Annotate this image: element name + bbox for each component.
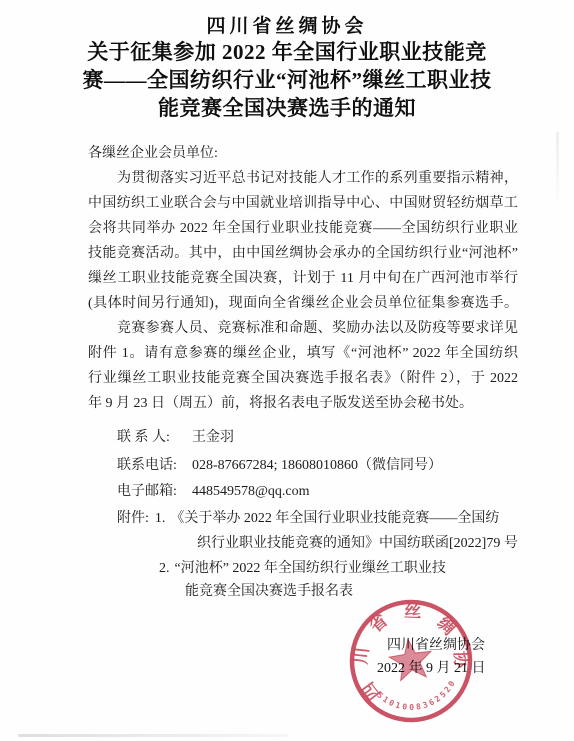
attachment-2-title-line1: “河池杯” 2022 年全国纺织行业缫丝工职业技 <box>175 561 446 576</box>
title-line-1: 关于征集参加 2022 年全国行业职业技能竞 <box>0 38 574 66</box>
para1-line-1: 为贯彻落实习近平总书记对技能人才工作的系列重要指示精神， <box>88 169 518 189</box>
attachment-1-title-line2: 织行业职业技能竞赛的通知》中国纺联函[2022]79 号 <box>197 534 518 554</box>
attachments-label: 附件: <box>117 511 149 526</box>
attachment-1-row: 附件:1.《关于举办 2022 年全国行业职业技能竞赛——全国纺 <box>117 509 499 529</box>
para1-line-3: 会将共同举办 2022 年全国行业职业技能竞赛——全国纺织行业职业 <box>88 219 518 239</box>
para2-line-1: 竞赛参赛人员、竞赛标准和命题、奖励办法以及防疫等要求详见 <box>88 319 518 339</box>
attachment-2-title-line2: 能竞赛全国决赛选手报名表 <box>185 582 353 602</box>
para2-line-4: 年 9 月 23 日（周五）前，将报名表电子版发送至协会秘书处。 <box>88 394 518 414</box>
attachment-2-row: 2.“河池杯” 2022 年全国纺织行业缫丝工职业技 <box>159 559 446 579</box>
contact-phone-row: 联系电话:028-87667284; 18608010860（微信同号） <box>117 456 442 476</box>
attachment-2-number: 2. <box>159 561 170 576</box>
scan-artifact-bottom-streak <box>18 734 288 737</box>
document-org-header: 四川省丝绸协会 <box>0 11 574 38</box>
document-title: 关于征集参加 2022 年全国行业职业技能竞 赛——全国纺织行业“河池杯”缫丝工… <box>0 38 574 122</box>
seal-serial-number: 5101008362520 <box>374 678 460 717</box>
para1-line-2: 中国纺织工业联合会与中国就业培训指导中心、中国财贸轻纺烟草工 <box>88 194 518 214</box>
contact-email-row: 电子邮箱:448549578@qq.com <box>117 482 310 502</box>
contact-phone-label: 联系电话: <box>117 456 185 476</box>
contact-person-value: 王金羽 <box>192 430 234 445</box>
contact-person-row: 联 系 人:王金羽 <box>117 428 234 448</box>
salutation: 各缫丝企业会员单位: <box>88 144 518 164</box>
para2-line-3: 行业缫丝工职业技能竞赛全国决赛选手报名表》（附件 2），于 2022 <box>88 369 518 389</box>
signature-date: 2022 年 9 月 21 日 <box>377 659 486 679</box>
attachment-1-title-line1: 《关于举办 2022 年全国行业职业技能竞赛——全国纺 <box>170 511 499 526</box>
scan-artifact-right-streak <box>556 132 559 202</box>
title-line-3: 能竞赛全国决赛选手的通知 <box>0 94 574 122</box>
contact-person-label: 联 系 人: <box>117 428 185 448</box>
attachment-1-number: 1. <box>155 511 166 526</box>
contact-phone-value: 028-87667284; 18608010860（微信同号） <box>192 458 442 473</box>
para1-line-4: 技能竞赛活动。其中，由中国丝绸协会承办的全国纺织行业“河池杯” <box>88 244 518 264</box>
para2-line-2: 附件 1。请有意参赛的缫丝企业，填写《“河池杯” 2022 年全国纺织 <box>88 344 518 364</box>
contact-email-value: 448549578@qq.com <box>192 484 310 499</box>
signature-org: 四川省丝绸协会 <box>387 636 485 656</box>
title-line-2: 赛——全国纺织行业“河池杯”缫丝工职业技 <box>0 66 574 94</box>
para1-line-5: 缫丝工职业技能竞赛全国决赛，计划于 11 月中旬在广西河池市举行 <box>88 269 518 289</box>
scanned-notice-document: 四川省丝绸协会 关于征集参加 2022 年全国行业职业技能竞 赛——全国纺织行业… <box>0 0 574 741</box>
para1-line-6: (具体时间另行通知)，现面向全省缫丝企业会员单位征集参赛选手。 <box>88 294 518 314</box>
contact-email-label: 电子邮箱: <box>117 482 185 502</box>
